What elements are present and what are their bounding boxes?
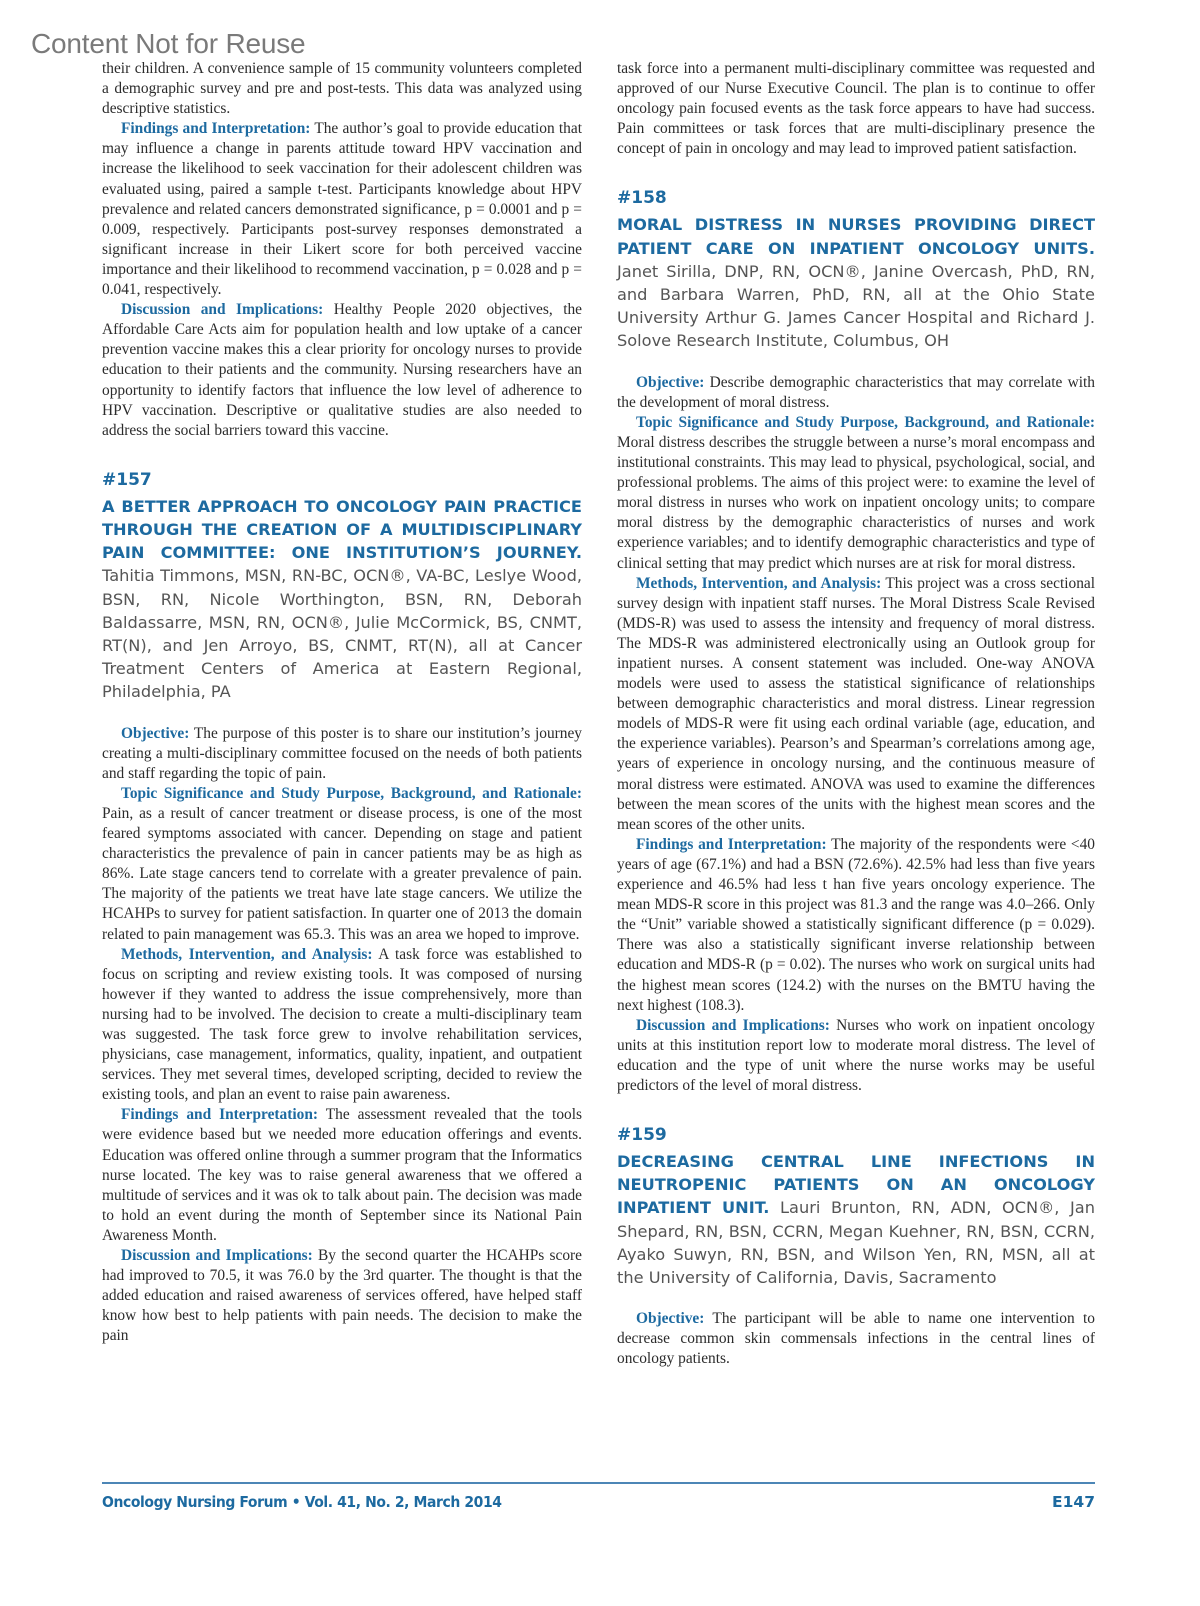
methods-paragraph: Methods, Intervention, and Analysis: A t… <box>102 945 582 1106</box>
abstract-number: #159 <box>617 1124 1095 1146</box>
objective-paragraph: Objective: The purpose of this poster is… <box>102 724 582 784</box>
section-label: Objective: <box>636 1310 704 1327</box>
objective-paragraph: Objective: The participant will be able … <box>617 1309 1095 1369</box>
section-text: The assessment revealed that the tools w… <box>102 1106 582 1244</box>
discussion-paragraph: Discussion and Implications: By the seco… <box>102 1246 582 1346</box>
watermark: Content Not for Reuse <box>31 30 305 58</box>
continuation-text: their children. A convenience sample of … <box>102 59 582 119</box>
abstract-authors: Tahitia Timmons, MSN, RN-BC, OCN®, VA-BC… <box>102 566 582 701</box>
prev-discussion-paragraph: Discussion and Implications: Healthy Peo… <box>102 300 582 441</box>
abstract-158: #158 MORAL DISTRESS IN NURSES PROVIDING … <box>617 187 1095 1096</box>
continuation-text: task force into a permanent multi-discip… <box>617 59 1095 159</box>
section-text: Pain, as a result of cancer treatment or… <box>102 805 582 943</box>
abstract-number: #158 <box>617 187 1095 209</box>
section-text: The majority of the respondents were <40… <box>617 836 1095 1014</box>
section-label: Methods, Intervention, and Analysis: <box>121 946 372 963</box>
right-column: task force into a permanent multi-discip… <box>617 59 1095 1370</box>
section-label: Objective: <box>636 374 704 391</box>
objective-paragraph: Objective: Describe demographic characte… <box>617 373 1095 413</box>
abstract-authors: Janet Sirilla, DNP, RN, OCN®, Janine Ove… <box>617 262 1095 351</box>
section-text: Moral distress describes the struggle be… <box>617 434 1095 572</box>
section-label: Discussion and Implications: <box>636 1017 830 1034</box>
page-number: E147 <box>1052 1493 1095 1511</box>
abstract-heading: MORAL DISTRESS IN NURSES PROVIDING DIREC… <box>617 213 1095 352</box>
section-text: This project was a cross sectional surve… <box>617 575 1095 833</box>
methods-paragraph: Methods, Intervention, and Analysis: Thi… <box>617 574 1095 835</box>
section-label: Objective: <box>121 725 189 742</box>
abstract-number: #157 <box>102 469 582 491</box>
findings-paragraph: Findings and Interpretation: The majorit… <box>617 835 1095 1016</box>
section-label: Methods, Intervention, and Analysis: <box>636 575 881 592</box>
abstract-title: A BETTER APPROACH TO ONCOLOGY PAIN PRACT… <box>102 497 582 562</box>
discussion-paragraph: Discussion and Implications: Nurses who … <box>617 1016 1095 1096</box>
section-label: Discussion and Implications: <box>121 1247 313 1264</box>
abstract-157: #157 A BETTER APPROACH TO ONCOLOGY PAIN … <box>102 469 582 1347</box>
section-label: Findings and Interpretation: <box>121 1106 318 1123</box>
prev-findings-paragraph: Findings and Interpretation: The author’… <box>102 119 582 300</box>
section-label: Topic Significance and Study Purpose, Ba… <box>121 785 582 802</box>
findings-paragraph: Findings and Interpretation: The assessm… <box>102 1105 582 1246</box>
footer-rule <box>102 1482 1095 1484</box>
section-text: Healthy People 2020 objectives, the Affo… <box>102 301 582 439</box>
section-label: Findings and Interpretation: <box>121 120 310 137</box>
abstract-159: #159 DECREASING CENTRAL LINE INFECTIONS … <box>617 1124 1095 1370</box>
abstract-heading: A BETTER APPROACH TO ONCOLOGY PAIN PRACT… <box>102 495 582 704</box>
left-column: their children. A convenience sample of … <box>102 59 582 1347</box>
section-label: Topic Significance and Study Purpose, Ba… <box>636 414 1095 431</box>
topic-paragraph: Topic Significance and Study Purpose, Ba… <box>102 784 582 945</box>
abstract-title: MORAL DISTRESS IN NURSES PROVIDING DIREC… <box>617 215 1095 257</box>
journal-citation: Oncology Nursing Forum • Vol. 41, No. 2,… <box>102 1493 502 1511</box>
section-text: A task force was established to focus on… <box>102 946 582 1104</box>
abstract-heading: DECREASING CENTRAL LINE INFECTIONS IN NE… <box>617 1150 1095 1289</box>
section-text: The author’s goal to provide education t… <box>102 120 582 298</box>
topic-paragraph: Topic Significance and Study Purpose, Ba… <box>617 413 1095 574</box>
section-label: Discussion and Implications: <box>121 301 323 318</box>
section-label: Findings and Interpretation: <box>636 836 827 853</box>
